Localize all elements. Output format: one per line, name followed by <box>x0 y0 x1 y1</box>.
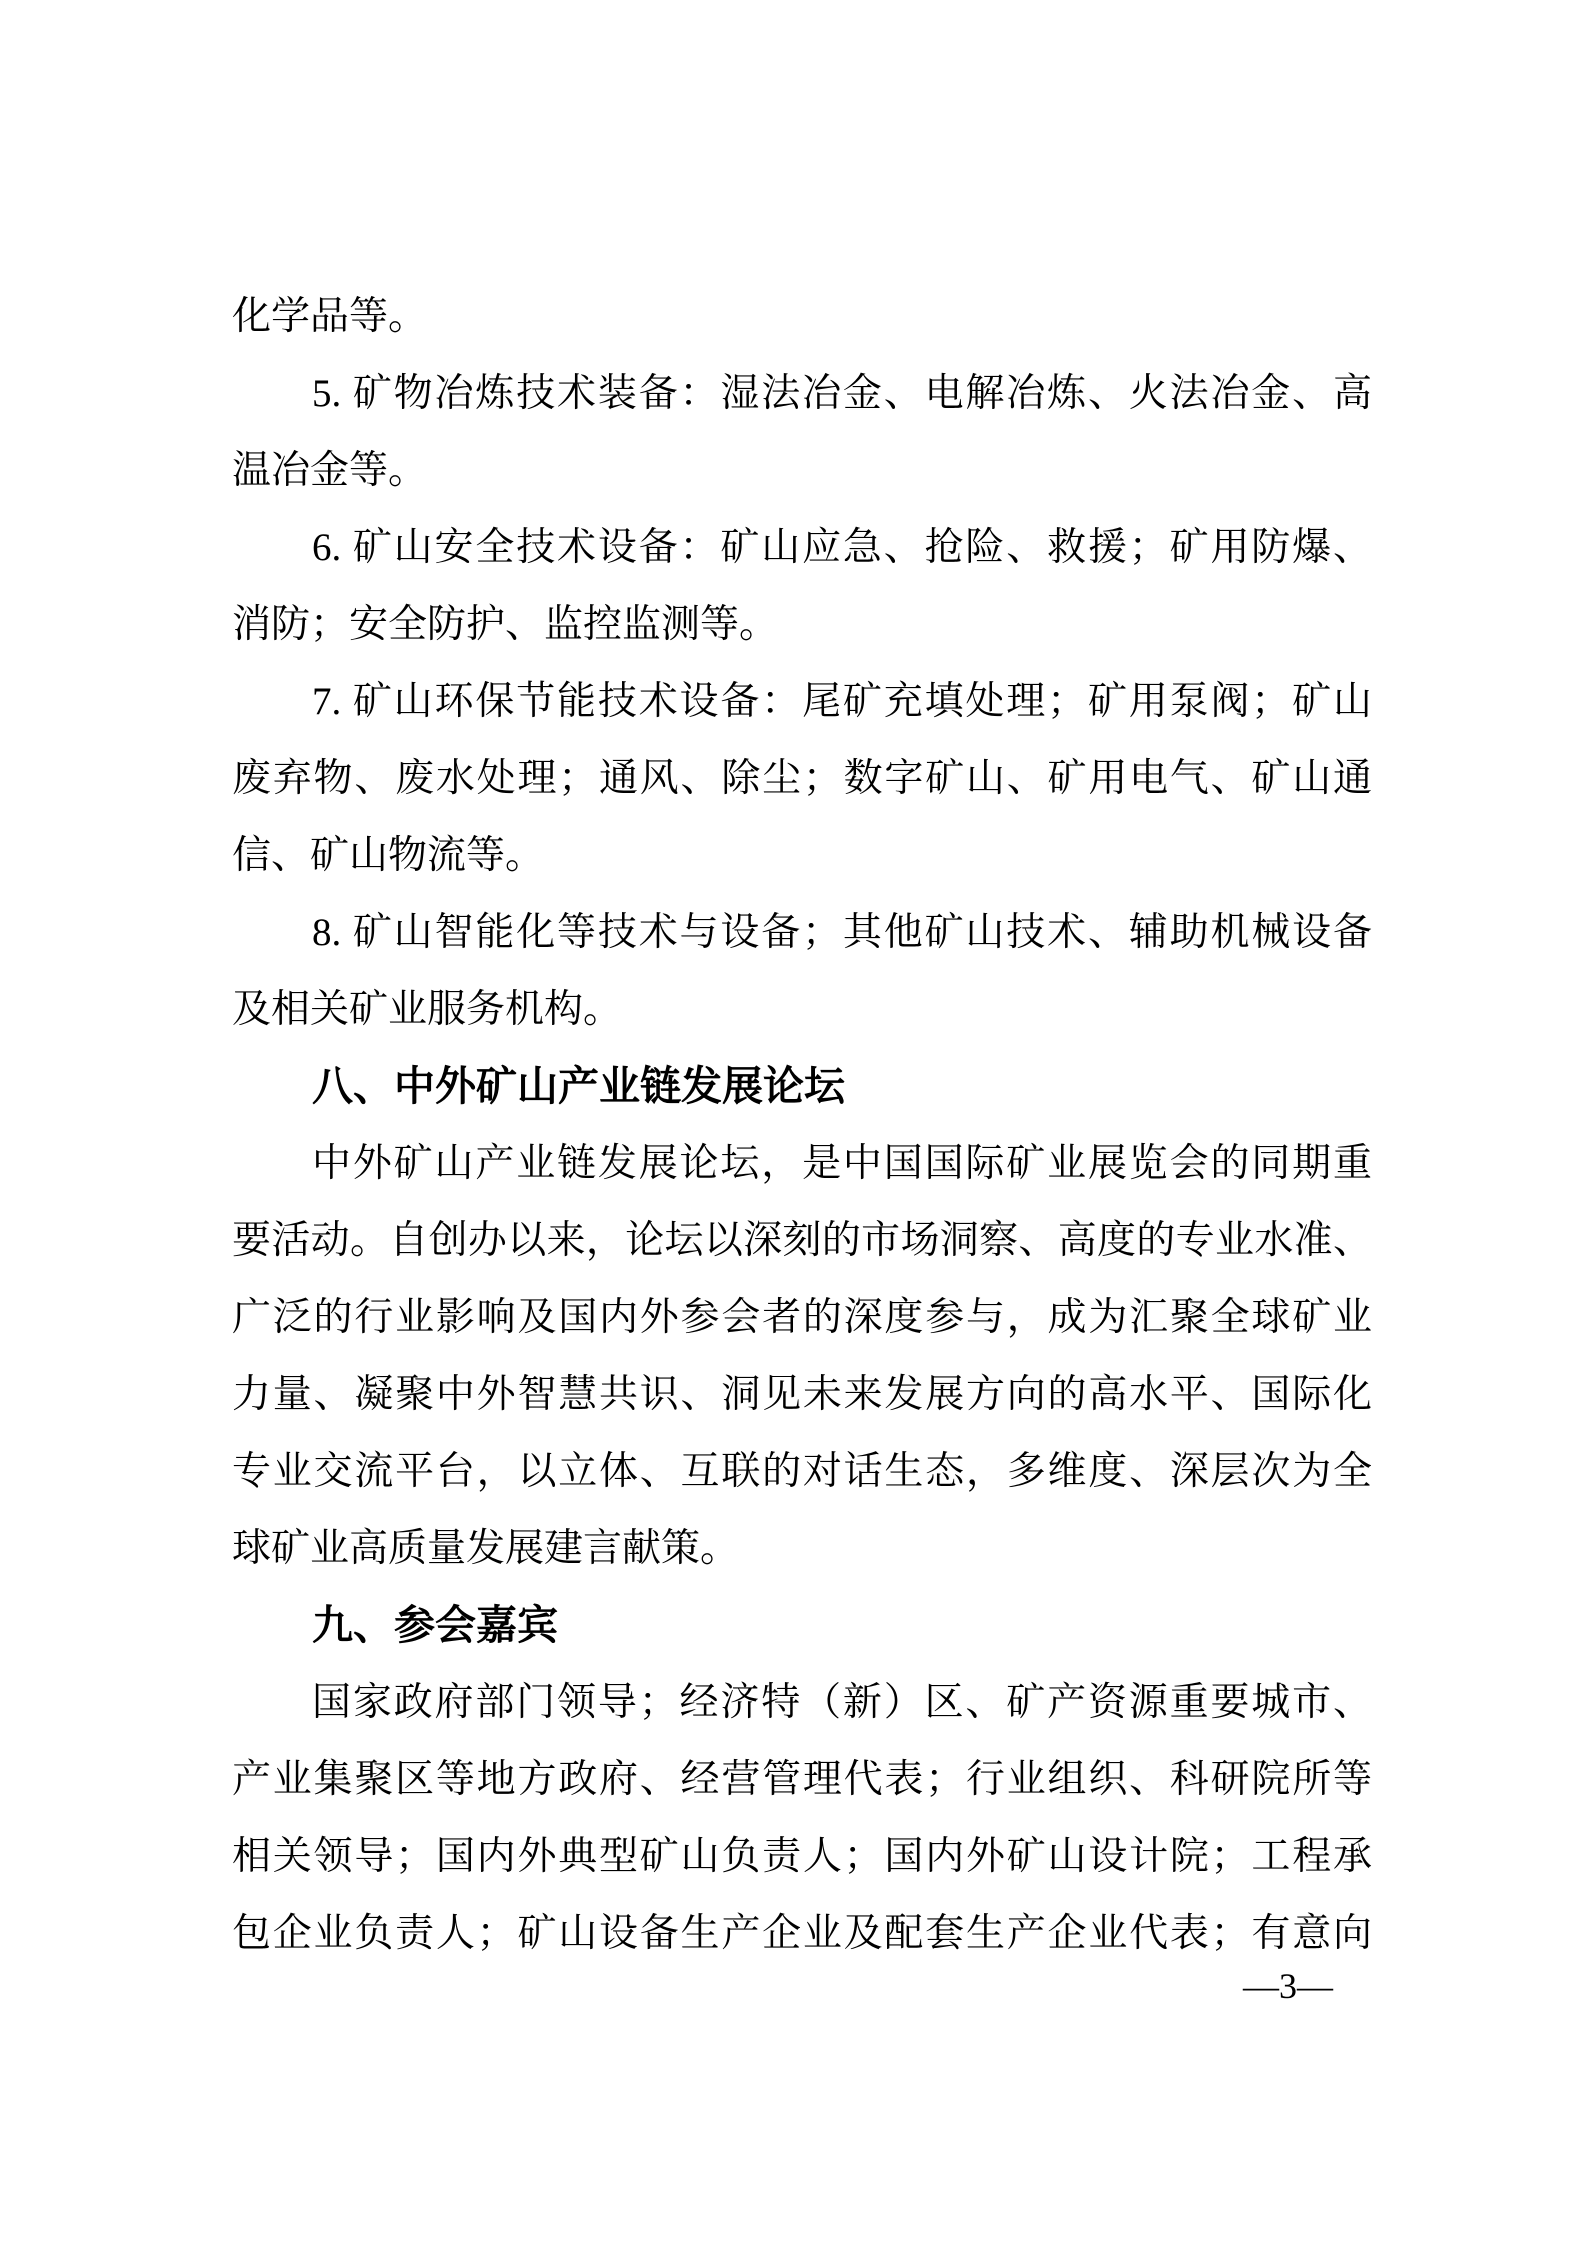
paragraph-line: 要活动。自创办以来，论坛以深刻的市场洞察、高度的专业水准、 <box>232 1202 1372 1279</box>
section-heading-ix: 九、参会嘉宾 <box>232 1587 1372 1664</box>
page-content: 化学品等。 5. 矿物冶炼技术装备：湿法冶金、电解冶炼、火法冶金、高 温冶金等。… <box>232 278 1372 1972</box>
paragraph-line: 中外矿山产业链发展论坛，是中国国际矿业展览会的同期重 <box>232 1125 1372 1202</box>
paragraph-line: 7. 矿山环保节能技术设备：尾矿充填处理；矿用泵阀；矿山 <box>232 663 1372 740</box>
document-page: 化学品等。 5. 矿物冶炼技术装备：湿法冶金、电解冶炼、火法冶金、高 温冶金等。… <box>0 0 1588 2245</box>
paragraph-line: 力量、凝聚中外智慧共识、洞见未来发展方向的高水平、国际化 <box>232 1356 1372 1433</box>
paragraph-line: 专业交流平台，以立体、互联的对话生态，多维度、深层次为全 <box>232 1433 1372 1510</box>
paragraph-line: 化学品等。 <box>232 278 1372 355</box>
paragraph-line: 信、矿山物流等。 <box>232 817 1372 894</box>
page-number: —3— <box>1243 1964 1333 2008</box>
paragraph-line: 8. 矿山智能化等技术与设备；其他矿山技术、辅助机械设备 <box>232 894 1372 971</box>
paragraph-line: 6. 矿山安全技术设备：矿山应急、抢险、救援；矿用防爆、 <box>232 509 1372 586</box>
paragraph-line: 相关领导；国内外典型矿山负责人；国内外矿山设计院；工程承 <box>232 1818 1372 1895</box>
paragraph-line: 产业集聚区等地方政府、经营管理代表；行业组织、科研院所等 <box>232 1741 1372 1818</box>
paragraph-line: 消防；安全防护、监控监测等。 <box>232 586 1372 663</box>
paragraph-line: 5. 矿物冶炼技术装备：湿法冶金、电解冶炼、火法冶金、高 <box>232 355 1372 432</box>
paragraph-line: 广泛的行业影响及国内外参会者的深度参与，成为汇聚全球矿业 <box>232 1279 1372 1356</box>
paragraph-line: 球矿业高质量发展建言献策。 <box>232 1510 1372 1587</box>
paragraph-line: 废弃物、废水处理；通风、除尘；数字矿山、矿用电气、矿山通 <box>232 740 1372 817</box>
paragraph-line: 及相关矿业服务机构。 <box>232 971 1372 1048</box>
paragraph-line: 国家政府部门领导；经济特（新）区、矿产资源重要城市、 <box>232 1664 1372 1741</box>
paragraph-line: 温冶金等。 <box>232 432 1372 509</box>
section-heading-viii: 八、中外矿山产业链发展论坛 <box>232 1048 1372 1125</box>
paragraph-line: 包企业负责人；矿山设备生产企业及配套生产企业代表；有意向 <box>232 1895 1372 1972</box>
